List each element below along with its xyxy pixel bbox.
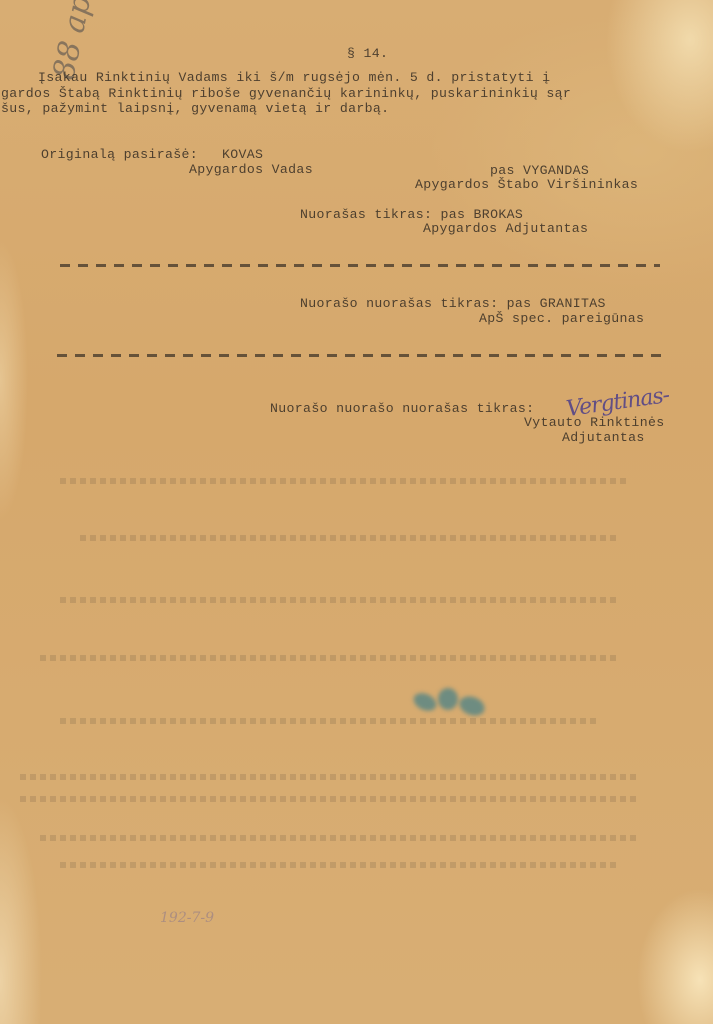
copy-true-label: Nuorašas tikras: pas BROKAS [300,207,523,222]
separator-dashes-1 [60,264,660,267]
show-through-line [60,478,630,484]
section-heading: § 14. [347,46,388,61]
show-through-line [20,774,640,780]
show-through-line [40,835,640,841]
body-line-3: šus, pažymint laipsnį, gyvenamą vietą ir… [1,101,389,116]
original-signed-label: Originalą pasirašė: [41,147,198,162]
show-through-line [40,655,620,661]
body-line-2: gardos Štabą Rinktinių riboše gyvenančių… [1,86,571,101]
final-title-line-2: Adjutantas [562,430,645,445]
chief-signer-name: pas VYGANDAS [490,163,589,178]
show-through-line [60,718,600,724]
copy-of-copy-title: ApŠ spec. pareigūnas [479,311,644,326]
body-line-1: Įsakau Rinktinių Vadams iki š/m rugsėjo … [38,70,550,85]
ink-stain [438,688,458,710]
copy-of-copy-of-copy-label: Nuorašo nuorašo nuorašas tikras: [270,401,534,416]
show-through-line [60,862,620,868]
copy-of-copy-label: Nuorašo nuorašas tikras: pas GRANITAS [300,296,606,311]
final-title-line-1: Vytauto Rinktinės [524,415,664,430]
copy-true-title: Apygardos Adjutantas [423,221,588,236]
show-through-line [20,796,640,802]
faint-handwritten-mark: 192-7-9 [160,910,214,926]
show-through-line [80,535,620,541]
show-through-line [60,597,620,603]
separator-dashes-2 [57,354,669,357]
original-signer-name: KOVAS [222,147,263,162]
original-signer-title: Apygardos Vadas [189,162,313,177]
chief-signer-title: Apygardos Štabo Viršininkas [415,177,638,192]
